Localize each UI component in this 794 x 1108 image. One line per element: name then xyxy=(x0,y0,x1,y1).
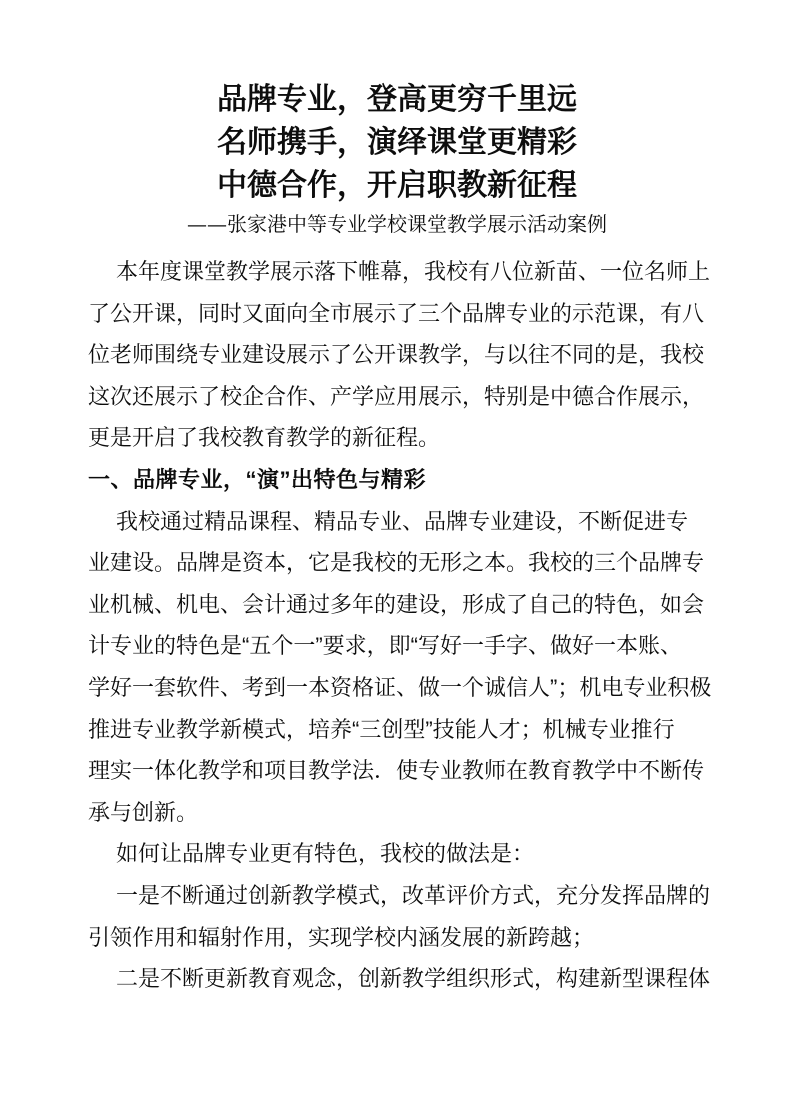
text-line: 我校通过精品课程、精品专业、品牌专业建设，不断促进专 xyxy=(88,501,708,543)
text-line: 二是不断更新教育观念，创新教学组织形式，构建新型课程体 xyxy=(88,958,708,1000)
text-line: 位老师围绕专业建设展示了公开课教学，与以往不同的是，我校 xyxy=(88,334,708,376)
text-line: 承与创新。 xyxy=(88,792,708,834)
paragraph: 如何让品牌专业更有特色，我校的做法是： xyxy=(88,833,708,875)
paragraph: 我校通过精品课程、精品专业、品牌专业建设，不断促进专业建设。品牌是资本，它是我校… xyxy=(88,501,708,834)
text-line: 业机械、机电、会计通过多年的建设，形成了自己的特色，如会 xyxy=(88,584,708,626)
text-line: 这次还展示了校企合作、产学应用展示，特别是中德合作展示， xyxy=(88,376,708,418)
text-line: 学好一套软件、考到一本资格证、做一个诚信人”；机电专业积极 xyxy=(88,667,708,709)
paragraph: 二是不断更新教育观念，创新教学组织形式，构建新型课程体 xyxy=(88,958,708,1000)
document-title: 品牌专业，登高更穷千里远 名师携手，演绎课堂更精彩 中德合作，开启职教新征程 xyxy=(0,78,794,207)
title-line-3: 中德合作，开启职教新征程 xyxy=(0,164,794,207)
text-line: 一、品牌专业，“演”出特色与精彩 xyxy=(88,459,708,501)
text-line: 理实一体化教学和项目教学法．使专业教师在教育教学中不断传 xyxy=(88,750,708,792)
document-subtitle: ——张家港中等专业学校课堂教学展示活动案例 xyxy=(0,209,794,240)
text-line: 更是开启了我校教育教学的新征程。 xyxy=(88,417,708,459)
text-line: 本年度课堂教学展示落下帷幕，我校有八位新苗、一位名师上 xyxy=(88,251,708,293)
text-line: 了公开课，同时又面向全市展示了三个品牌专业的示范课，有八 xyxy=(88,293,708,335)
section-heading: 一、品牌专业，“演”出特色与精彩 xyxy=(88,459,708,501)
paragraph: 本年度课堂教学展示落下帷幕，我校有八位新苗、一位名师上了公开课，同时又面向全市展… xyxy=(88,251,708,459)
text-line: 一是不断通过创新教学模式，改革评价方式，充分发挥品牌的 xyxy=(88,875,708,917)
text-line: 业建设。品牌是资本，它是我校的无形之本。我校的三个品牌专 xyxy=(88,542,708,584)
paragraph: 一是不断通过创新教学模式，改革评价方式，充分发挥品牌的引领作用和辐射作用，实现学… xyxy=(88,875,708,958)
text-line: 如何让品牌专业更有特色，我校的做法是： xyxy=(88,833,708,875)
document-page: 品牌专业，登高更穷千里远 名师携手，演绎课堂更精彩 中德合作，开启职教新征程 —… xyxy=(0,0,794,1108)
title-line-1: 品牌专业，登高更穷千里远 xyxy=(0,78,794,121)
document-body: 本年度课堂教学展示落下帷幕，我校有八位新苗、一位名师上了公开课，同时又面向全市展… xyxy=(88,251,708,1000)
text-line: 计专业的特色是“五个一”要求，即“写好一手字、做好一本账、 xyxy=(88,625,708,667)
text-line: 引领作用和辐射作用，实现学校内涵发展的新跨越； xyxy=(88,917,708,959)
text-line: 推进专业教学新模式，培养“三创型”技能人才；机械专业推行 xyxy=(88,709,708,751)
title-line-2: 名师携手，演绎课堂更精彩 xyxy=(0,121,794,164)
